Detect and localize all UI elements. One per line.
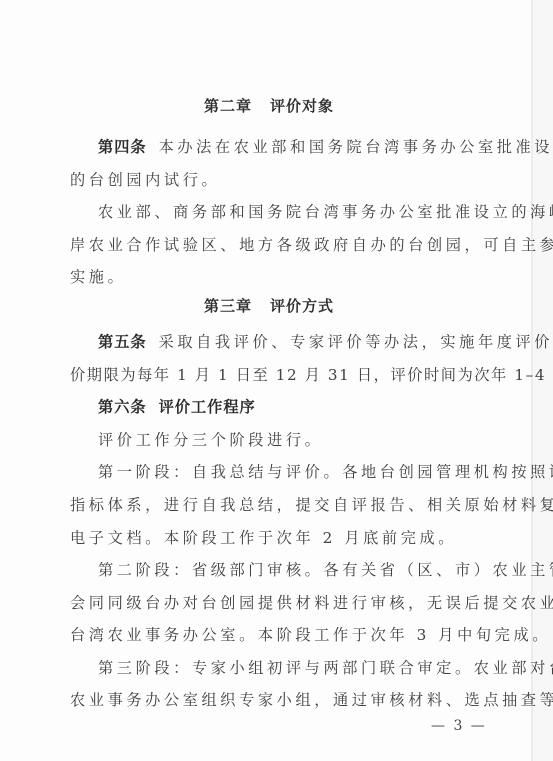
chapter-2-title: 评价对象 xyxy=(270,97,334,115)
article-5-text: 采取自我评价、专家评价等办法，实施年度评价。评 xyxy=(159,333,553,351)
chapter-2-heading: 第二章评价对象 xyxy=(70,95,468,116)
stage-1-line-2: 指标体系，进行自我总结，提交自评报告、相关原始材料复印件及 xyxy=(70,494,468,515)
article-6-heading: 第六条评价工作程序 xyxy=(98,396,468,417)
article-4-text: 本办法在农业部和国务院台湾事务办公室批准设立 xyxy=(159,138,553,156)
chapter-2-number: 第二章 xyxy=(204,97,252,115)
article-4-line-2: 的台创园内试行。 xyxy=(70,169,468,190)
article-6-label: 第六条 xyxy=(98,398,147,416)
para-2-line-1: 农业部、商务部和国务院台湾事务办公室批准设立的海峡两 xyxy=(98,201,468,222)
article-6-title: 评价工作程序 xyxy=(159,398,256,416)
stage-2-line-2: 会同同级台办对台创园提供材料进行审核，无误后提交农业部对 xyxy=(70,592,468,613)
chapter-3-title: 评价方式 xyxy=(270,297,334,315)
stage-3-line-1: 第三阶段：专家小组初评与两部门联合审定。农业部对台湾 xyxy=(98,657,468,678)
article-4-label: 第四条 xyxy=(98,138,147,156)
chapter-3-heading: 第三章评价方式 xyxy=(70,295,468,316)
stage-3-line-2: 农业事务办公室组织专家小组，通过审核材料、选点抽查等方式， xyxy=(70,689,468,710)
article-4-line-1: 第四条本办法在农业部和国务院台湾事务办公室批准设立 xyxy=(98,136,468,157)
article-5-line-2: 价期限为每年 1 月 1 日至 12 月 31 日，评价时间为次年 1–4 月。 xyxy=(70,364,468,385)
chapter-3-number: 第三章 xyxy=(204,297,252,315)
page-number: — 3 — xyxy=(431,718,487,734)
stage-1-line-1: 第一阶段：自我总结与评价。各地台创园管理机构按照评价 xyxy=(98,461,468,482)
para-2-line-2: 岸农业合作试验区、地方各级政府自办的台创园，可自主参照 xyxy=(70,234,468,255)
stage-2-line-3: 台湾农业事务办公室。本阶段工作于次年 3 月中旬完成。 xyxy=(70,624,468,645)
stage-1-line-3: 电子文档。本阶段工作于次年 2 月底前完成。 xyxy=(70,527,468,548)
article-6-intro: 评价工作分三个阶段进行。 xyxy=(98,429,468,450)
article-5-label: 第五条 xyxy=(98,333,147,351)
para-2-line-3: 实施。 xyxy=(70,266,468,287)
stage-2-line-1: 第二阶段：省级部门审核。各有关省（区、市）农业主管部门 xyxy=(98,559,468,580)
article-5-line-1: 第五条采取自我评价、专家评价等办法，实施年度评价。评 xyxy=(98,331,468,352)
